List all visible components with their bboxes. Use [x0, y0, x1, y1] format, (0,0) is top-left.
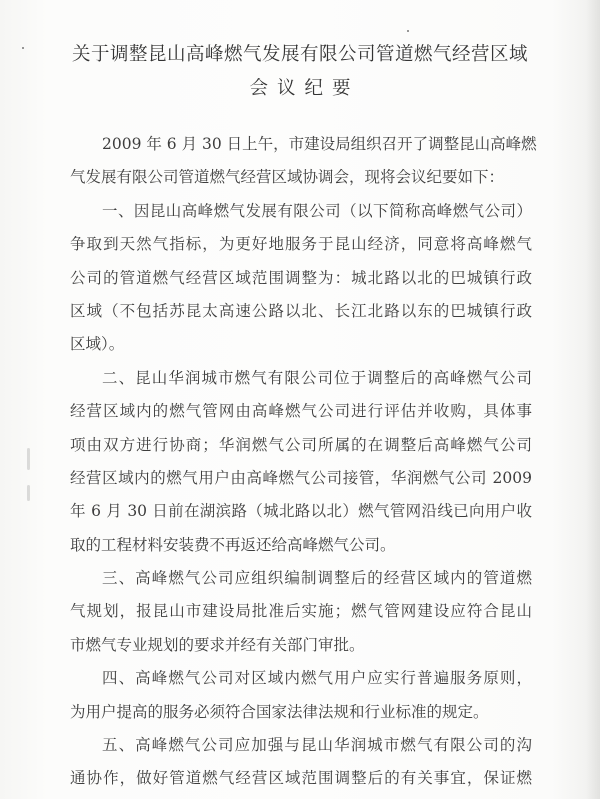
body-line: 经营区域内的燃气用户由高峰燃气公司接管，华润燃气公司 2009: [70, 462, 532, 495]
body-line: 气规划，报昆山市建设局批准后实施；燃气管网建设应符合昆山: [70, 595, 532, 628]
body-line: 区域）。: [70, 328, 532, 361]
scan-speck: [407, 30, 409, 32]
scan-smudge: [27, 485, 30, 501]
body-line: 通协作，做好管道燃气经营区域范围调整后的有关事宜，保证燃: [70, 762, 532, 795]
document-body: 2009 年 6 月 30 日上午，市建设局组织召开了调整昆山高峰燃 气发展有限…: [70, 128, 532, 796]
body-line: 气发展有限公司管道燃气经营区域协调会，现将会议纪要如下：: [70, 161, 532, 194]
body-line: 年 6 月 30 日前在湖滨路（城北路以北）燃气管网沿线已向用户收: [70, 495, 532, 528]
body-line: 项由双方进行协商；华润燃气公司所属的在调整后高峰燃气公司: [70, 429, 532, 462]
body-line: 公司的管道燃气经营区域范围调整为：城北路以北的巴城镇行政: [70, 262, 532, 295]
document-title-line-2: 会议纪要: [0, 74, 600, 100]
body-line: 四、高峰燃气公司对区域内燃气用户应实行普遍服务原则，: [70, 662, 532, 695]
body-line: 取的工程材料安装费不再返还给高峰燃气公司。: [70, 529, 532, 562]
body-line: 争取到天然气指标，为更好地服务于昆山经济，同意将高峰燃气: [70, 228, 532, 261]
body-line: 2009 年 6 月 30 日上午，市建设局组织召开了调整昆山高峰燃: [70, 128, 532, 161]
body-line: 二、昆山华润城市燃气有限公司位于调整后的高峰燃气公司: [70, 362, 532, 395]
body-line: 市燃气专业规划的要求并经有关部门审批。: [70, 629, 532, 662]
document-title-line-1: 关于调整昆山高峰燃气发展有限公司管道燃气经营区域: [0, 40, 600, 66]
scan-smudge: [27, 448, 30, 470]
scanned-document-page: 关于调整昆山高峰燃气发展有限公司管道燃气经营区域 会议纪要 2009 年 6 月…: [0, 0, 600, 799]
body-line: 区域（不包括苏昆太高速公路以北、长江北路以东的巴城镇行政: [70, 295, 532, 328]
page-edge-shadow: [586, 0, 600, 799]
body-line: 一、因昆山高峰燃气发展有限公司（以下简称高峰燃气公司）: [70, 195, 532, 228]
body-line: 经营区域内的燃气管网由高峰燃气公司进行评估并收购，具体事: [70, 395, 532, 428]
body-line: 为用户提高的服务必须符合国家法律法规和行业标准的规定。: [70, 696, 532, 729]
body-line: 三、高峰燃气公司应组织编制调整后的经营区域内的管道燃: [70, 562, 532, 595]
body-line: 五、高峰燃气公司应加强与昆山华润城市燃气有限公司的沟: [70, 729, 532, 762]
